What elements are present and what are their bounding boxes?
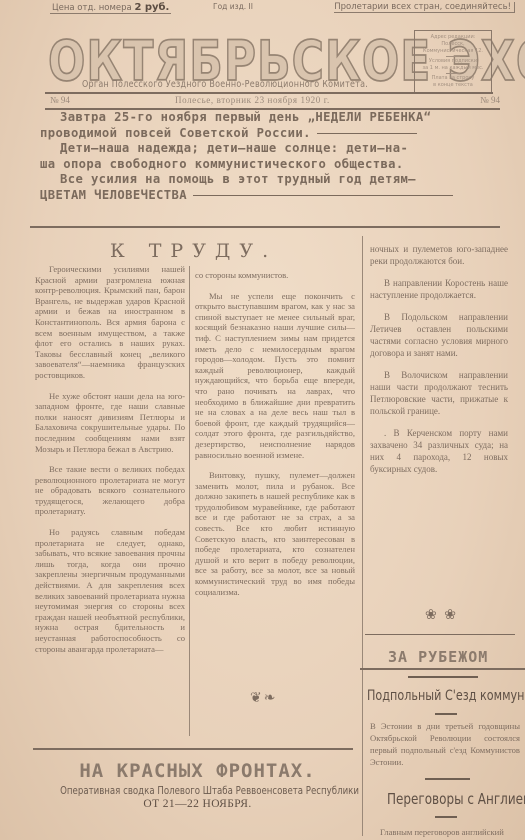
paragraph: Все такие вести о великих победах револю… bbox=[35, 464, 185, 517]
column-divider bbox=[189, 266, 190, 736]
paragraph: со стороны коммунистов. bbox=[195, 270, 355, 281]
banner-line: Дети—наша надежда; дети—наше солнце: дет… bbox=[40, 141, 495, 157]
divider bbox=[408, 676, 478, 678]
article-column-2: со стороны коммунистов. Мы не успели еще… bbox=[195, 270, 355, 607]
year-of-publication: Год изд. II bbox=[213, 2, 253, 11]
banner-announcement: Завтра 25-го ноября первый день „НЕДЕЛИ … bbox=[40, 110, 495, 203]
paragraph: В направлении Коростень наше наступление… bbox=[370, 277, 508, 301]
banner-line: проводимой повсей Советской России. bbox=[40, 126, 495, 142]
paragraph: В Волочиском направлении наши части прод… bbox=[370, 369, 508, 417]
divider bbox=[317, 133, 417, 134]
paragraph: Героическими усилиями нашей Красной арми… bbox=[35, 264, 185, 381]
divider bbox=[446, 56, 460, 57]
article-headline: К ТРУДУ. bbox=[110, 240, 277, 262]
banner-line: ЦВЕТАМ ЧЕЛОВЕЧЕСТВА bbox=[40, 188, 495, 204]
divider bbox=[33, 748, 353, 750]
paragraph: Главным переговоров английский bbox=[380, 826, 525, 838]
section-date: ОТ 21—22 НОЯБРЯ. bbox=[30, 798, 365, 810]
article-headline: Переговоры с Англией. bbox=[387, 790, 525, 808]
divider bbox=[365, 634, 515, 635]
column-divider bbox=[362, 236, 363, 836]
info-line: Адрес редакции: bbox=[417, 34, 489, 41]
news-column: ночных и пулеметов юго-западнее реки про… bbox=[370, 243, 508, 485]
divider bbox=[435, 816, 457, 818]
article-headline: Подпольный С'езд коммунистов bbox=[367, 688, 525, 704]
issue-date: Полесье, вторник 23 ноября 1920 г. bbox=[175, 95, 330, 105]
info-line: Условия подписки bbox=[417, 58, 489, 65]
divider bbox=[193, 195, 453, 196]
paragraph: Винтовку, пушку, пулемет—должен заменить… bbox=[195, 470, 355, 597]
organ-subtitle: Орган Полесского Уездного Военно-Революц… bbox=[82, 79, 368, 90]
paragraph: В Подольском направлении Летичев оставле… bbox=[370, 311, 508, 359]
info-line: за 1 м. на каждый мес. bbox=[417, 65, 489, 72]
slogan: Пролетарии всех стран, соединяйтесь! bbox=[334, 2, 515, 13]
divider bbox=[446, 73, 460, 74]
ornament-icon: ❦❧ bbox=[250, 690, 277, 707]
section-subtitle: Оперативная сводка Полевого Штаба Реввое… bbox=[60, 785, 335, 797]
section-title: НА КРАСНЫХ ФРОНТАХ. bbox=[30, 760, 365, 782]
info-line: Полесск, Коммунистическая 12. bbox=[417, 41, 489, 55]
divider bbox=[360, 668, 525, 670]
paragraph: Мы не успели еще покончить с открыто выс… bbox=[195, 291, 355, 461]
info-box: Адрес редакции: Полесск, Коммунистическа… bbox=[414, 30, 492, 94]
fronts-section-header: НА КРАСНЫХ ФРОНТАХ. Оперативная сводка П… bbox=[30, 760, 365, 810]
price-value: 2 руб. bbox=[134, 2, 169, 13]
paragraph: Но радуясь славным победам пролетариата … bbox=[35, 527, 185, 654]
banner-text: проводимой повсей Советской России. bbox=[40, 126, 311, 140]
paragraph: ночных и пулеметов юго-западнее реки про… bbox=[370, 243, 508, 267]
banner-line: ша опора свободного коммунистического об… bbox=[40, 157, 495, 173]
info-line: в конце текста bbox=[417, 82, 489, 89]
paragraph: . В Керченском порту нами захвачено 34 р… bbox=[370, 427, 508, 475]
issue-number: № 94 bbox=[480, 95, 500, 105]
banner-text: ЦВЕТАМ ЧЕЛОВЕЧЕСТВА bbox=[40, 188, 187, 202]
divider bbox=[425, 778, 470, 780]
divider bbox=[435, 713, 457, 715]
price-label: Цена отд. номера bbox=[52, 3, 132, 13]
banner-line: Завтра 25-го ноября первый день „НЕДЕЛИ … bbox=[40, 110, 495, 126]
divider bbox=[45, 92, 493, 94]
abroad-section-title: ЗА РУБЕЖОМ bbox=[388, 648, 488, 666]
newspaper-page: Цена отд. номера 2 руб. Год изд. II Прол… bbox=[0, 0, 525, 840]
article-column-1: Героическими усилиями нашей Красной арми… bbox=[35, 264, 185, 664]
ornament-icon: ❀ ❀ bbox=[425, 607, 458, 624]
divider bbox=[30, 226, 500, 228]
paragraph: В Эстонии в дни третьей годовщины Октябр… bbox=[370, 720, 520, 768]
issue-line: № 94 Полесье, вторник 23 ноября 1920 г. … bbox=[50, 95, 500, 107]
top-info-line: Цена отд. номера 2 руб. Год изд. II Прол… bbox=[50, 2, 515, 16]
info-line: Плата за строку bbox=[417, 75, 489, 82]
paragraph: Не хуже обстоят наши дела на юго-западно… bbox=[35, 391, 185, 455]
banner-line: Все усилия на помощь в этот трудный год … bbox=[40, 172, 495, 188]
issue-number: № 94 bbox=[50, 95, 70, 105]
price: Цена отд. номера 2 руб. bbox=[50, 2, 171, 14]
